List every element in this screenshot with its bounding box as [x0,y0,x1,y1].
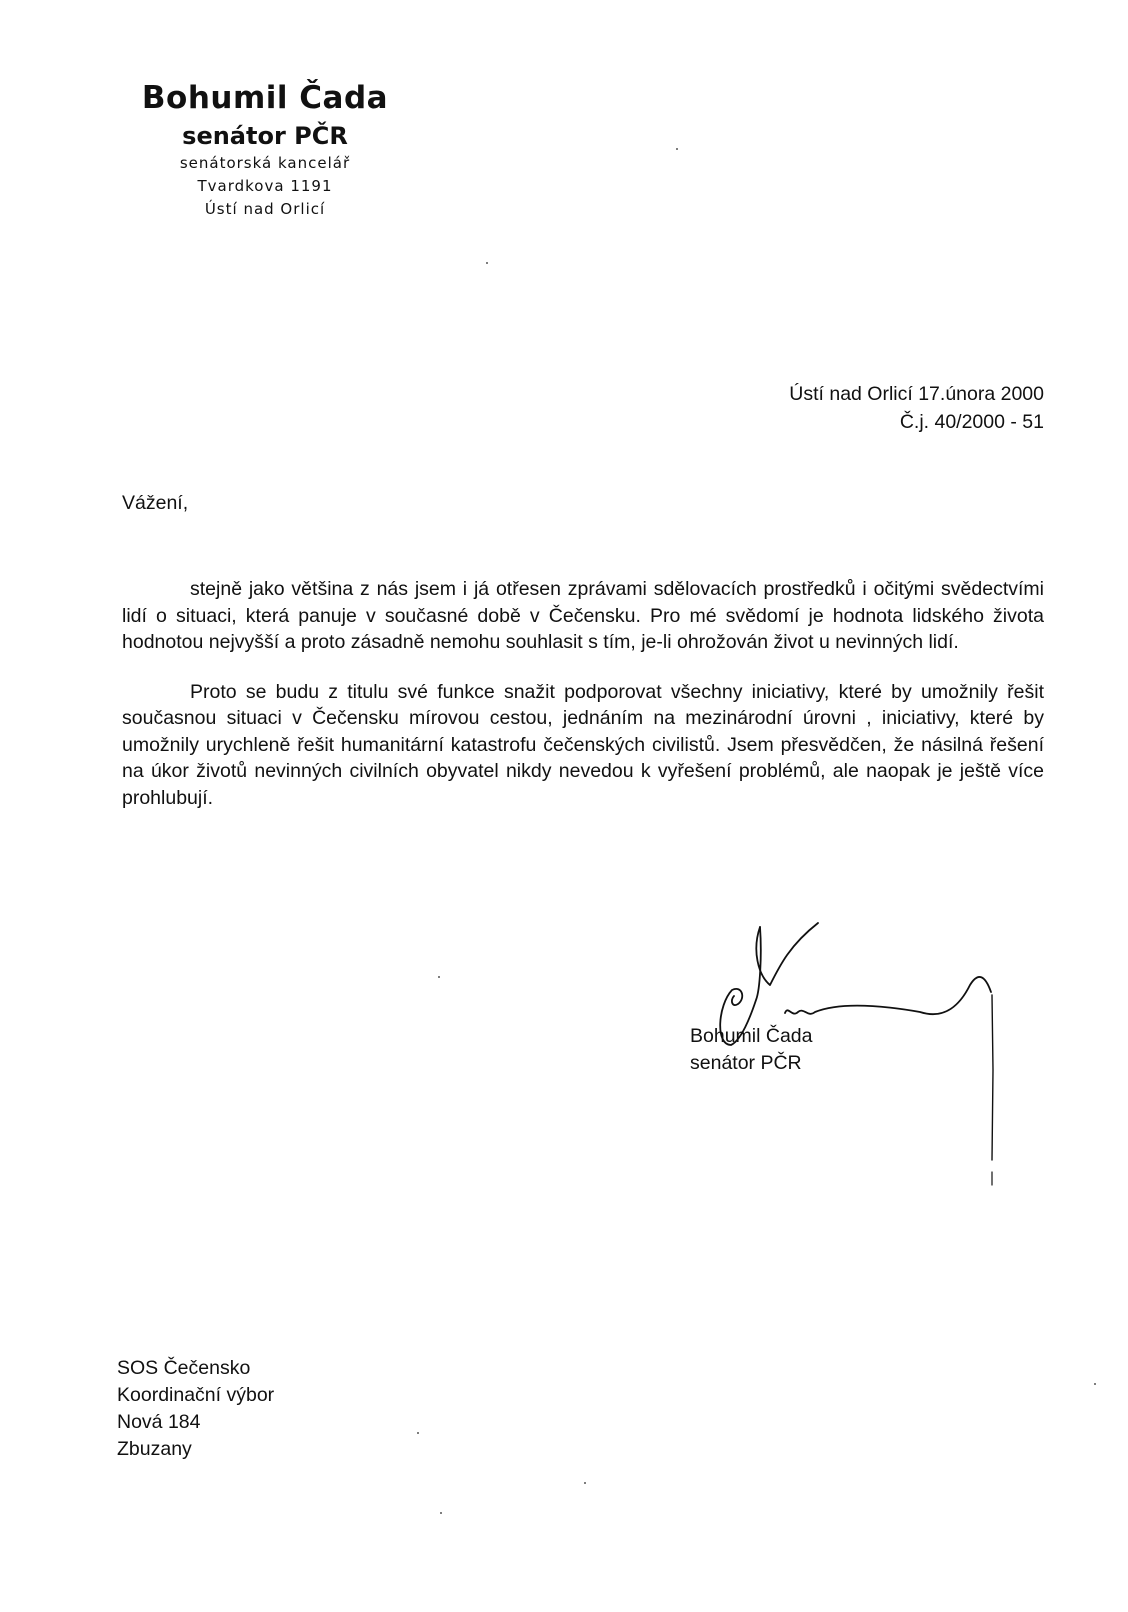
letterhead-name: Bohumil Čada [120,78,410,118]
scan-speck [1094,1383,1096,1385]
letterhead-office: senátorská kancelář [120,152,410,175]
scan-speck [438,976,440,978]
reference-number: Č.j. 40/2000 - 51 [789,408,1044,436]
scan-speck [417,1432,419,1434]
letterhead-title: senátor PČR [120,120,410,152]
recipient-line-4: Zbuzany [117,1436,274,1463]
letter-page: Bohumil Čada senátor PČR senátorská kanc… [0,0,1128,1612]
scan-speck [440,1512,442,1514]
recipient-line-3: Nová 184 [117,1409,274,1436]
place-and-date: Ústí nad Orlicí 17.února 2000 [789,380,1044,408]
signatory-title: senátor PČR [690,1050,812,1077]
scan-speck [584,1482,586,1484]
scan-speck [676,148,678,150]
letterhead-street: Tvardkova 1191 [120,175,410,198]
body-paragraph-1: stejně jako většina z nás jsem i já otře… [122,576,1044,656]
recipient-line-1: SOS Čečensko [117,1355,274,1382]
letterhead: Bohumil Čada senátor PČR senátorská kanc… [120,78,410,221]
recipient-address: SOS Čečensko Koordinační výbor Nová 184 … [117,1355,274,1463]
body-paragraph-2: Proto se budu z titulu své funkce snažit… [122,679,1044,812]
signatory-name: Bohumil Čada [690,1023,812,1050]
salutation: Vážení, [122,492,188,515]
date-block: Ústí nad Orlicí 17.února 2000 Č.j. 40/20… [789,380,1044,436]
letter-body: stejně jako většina z nás jsem i já otře… [122,576,1044,834]
letterhead-city: Ústí nad Orlicí [120,198,410,221]
signatory-block: Bohumil Čada senátor PČR [690,1023,812,1077]
scan-speck [486,262,488,264]
recipient-line-2: Koordinační výbor [117,1382,274,1409]
